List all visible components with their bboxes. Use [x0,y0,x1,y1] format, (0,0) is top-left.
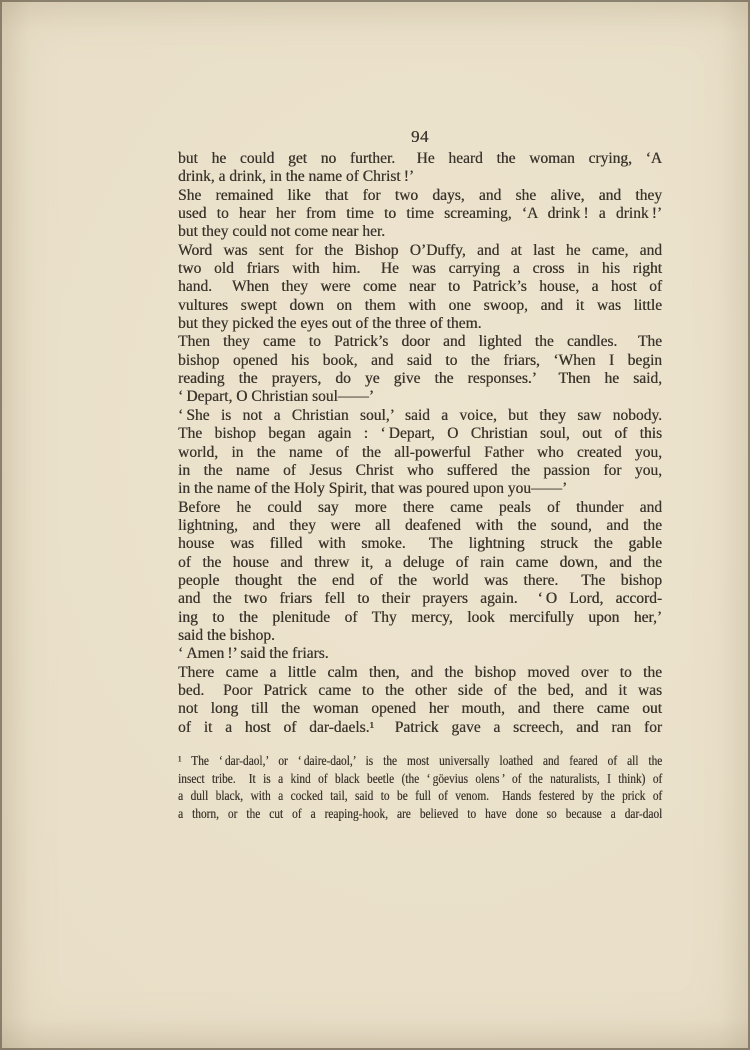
text-line: Then they came to Patrick’s door and lig… [178,333,662,351]
text-line: There came a little calm then, and the b… [178,664,662,682]
text-line: but they picked the eyes out of the thre… [178,315,662,333]
text-line: in the name of Jesus Christ who suffered… [178,462,662,480]
text-line: She remained like that for two days, and… [178,187,662,205]
page-number: 94 [178,127,662,147]
text-line: a dull black, with a cocked tail, said t… [178,787,662,805]
text-line: ‘ Amen !’ said the friars. [178,645,662,663]
text-line: of the house and threw it, a deluge of r… [178,554,662,572]
text-line: Before he could say more there came peal… [178,499,662,517]
text-line: people thought the end of the world was … [178,572,662,590]
text-line: drink, a drink, in the name of Christ !’ [178,168,662,186]
page-body-text: but he could get no further. He heard th… [178,150,662,737]
text-line: but they could not come near her. [178,223,662,241]
text-line: world, in the name of the all-powerful F… [178,444,662,462]
text-line: reading the prayers, do ye give the resp… [178,370,662,388]
text-line: ‘ Depart, O Christian soul——’ [178,388,662,406]
text-line: Word was sent for the Bishop O’Duffy, an… [178,242,662,260]
text-line: bishop opened his book, and said to the … [178,352,662,370]
text-line: of it a host of dar-daels.¹ Patrick gave… [178,719,662,737]
book-page: 94 but he could get no further. He heard… [0,0,750,1050]
text-line: a thorn, or the cut of a reaping-hook, a… [178,805,662,823]
text-line: insect tribe. It is a kind of black beet… [178,770,662,788]
text-line: ing to the plenitude of Thy mercy, look … [178,609,662,627]
text-line: said the bishop. [178,627,662,645]
footnote: ¹ The ‘ dar-daol,’ or ‘ daire-daol,’ is … [178,752,662,822]
text-line: hand. When they were come near to Patric… [178,278,662,296]
text-line: ‘ She is not a Christian soul,’ said a v… [178,407,662,425]
text-line: used to hear her from time to time screa… [178,205,662,223]
text-line: house was filled with smoke. The lightni… [178,535,662,553]
text-line: ¹ The ‘ dar-daol,’ or ‘ daire-daol,’ is … [178,752,662,770]
text-line: two old friars with him. He was carrying… [178,260,662,278]
text-line: not long till the woman opened her mouth… [178,700,662,718]
text-line: lightning, and they were all deafened wi… [178,517,662,535]
text-line: in the name of the Holy Spirit, that was… [178,480,662,498]
text-line: but he could get no further. He heard th… [178,150,662,168]
text-line: The bishop began again : ‘ Depart, O Chr… [178,425,662,443]
text-line: and the two friars fell to their prayers… [178,590,662,608]
text-line: bed. Poor Patrick came to the other side… [178,682,662,700]
text-line: vultures swept down on them with one swo… [178,297,662,315]
